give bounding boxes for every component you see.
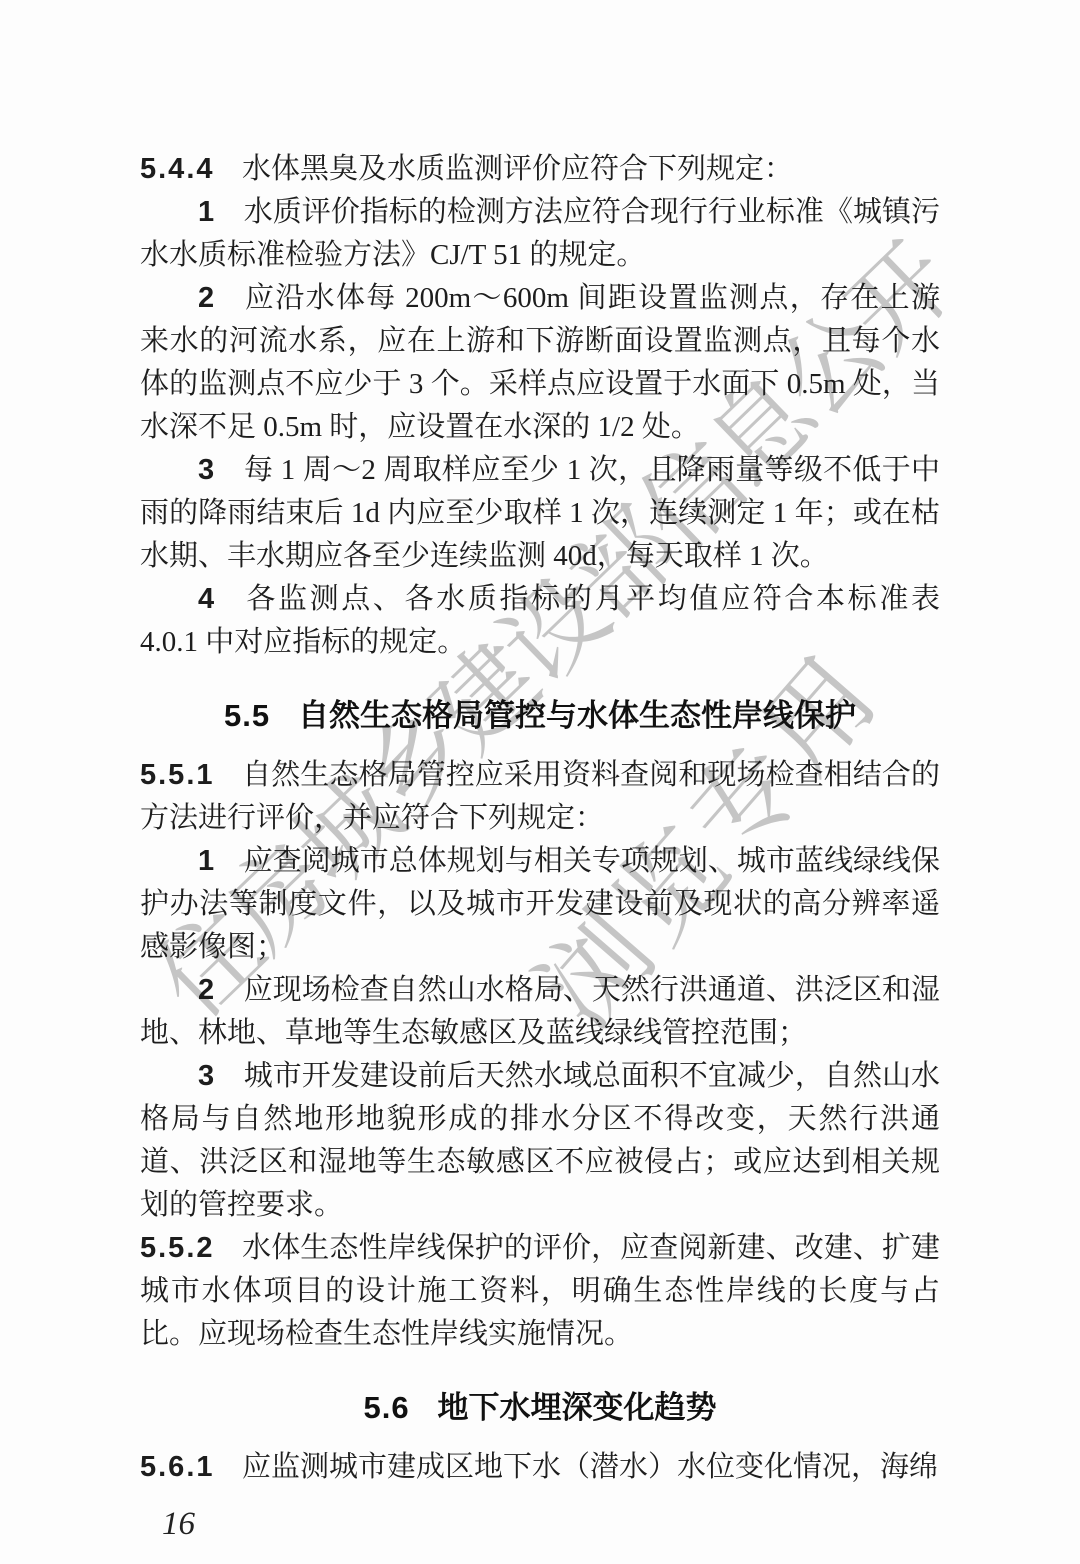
clause-number: 5.4.4 (140, 153, 215, 185)
item-text: 各监测点、各水质指标的月平均值应符合本标准表 4.0.1 中对应指标的规定。 (140, 583, 940, 658)
list-item-3: 3城市开发建设前后天然水域总面积不宜减少，自然山水格局与自然地形地貌形成的排水分… (140, 1055, 940, 1227)
item-number: 1 (198, 845, 216, 877)
list-item-2: 2应现场检查自然山水格局、天然行洪通道、洪泛区和湿地、林地、草地等生态敏感区及蓝… (140, 969, 940, 1055)
item-number: 3 (198, 454, 216, 486)
item-number: 4 (198, 583, 216, 615)
clause-number: 5.5.1 (140, 759, 215, 791)
clause-5-4-4: 5.4.4水体黑臭及水质监测评价应符合下列规定： (140, 148, 940, 191)
item-text: 应查阅城市总体规划与相关专项规划、城市蓝线绿线保护办法等制度文件，以及城市开发建… (140, 845, 940, 963)
item-number: 2 (198, 282, 216, 314)
list-item-1: 1水质评价指标的检测方法应符合现行行业标准《城镇污水水质标准检验方法》CJ/T … (140, 191, 940, 277)
item-text: 城市开发建设前后天然水域总面积不宜减少，自然山水格局与自然地形地貌形成的排水分区… (140, 1060, 940, 1221)
item-text: 应沿水体每 200m～600m 间距设置监测点，存在上游来水的河流水系，应在上游… (140, 282, 940, 443)
section-heading-5-6: 5.6地下水埋深变化趋势 (140, 1386, 940, 1429)
clause-number: 5.5.2 (140, 1232, 215, 1264)
page-number: 16 (140, 1503, 940, 1546)
list-item-1: 1应查阅城市总体规划与相关专项规划、城市蓝线绿线保护办法等制度文件，以及城市开发… (140, 840, 940, 969)
section-number: 5.5 (224, 698, 270, 733)
list-item-4: 4各监测点、各水质指标的月平均值应符合本标准表 4.0.1 中对应指标的规定。 (140, 578, 940, 664)
section-title: 自然生态格局管控与水体生态性岸线保护 (298, 698, 856, 733)
clause-text: 应监测城市建成区地下水（潜水）水位变化情况，海绵 (242, 1451, 938, 1483)
document-page: 住房城乡建设部信息公开 浏览专用 5.4.4水体黑臭及水质监测评价应符合下列规定… (0, 0, 1080, 1564)
item-number: 1 (198, 196, 216, 228)
clause-number: 5.6.1 (140, 1451, 215, 1483)
clause-5-5-1: 5.5.1自然生态格局管控应采用资料查阅和现场检查相结合的方法进行评价，并应符合… (140, 754, 940, 840)
clause-5-5-2: 5.5.2水体生态性岸线保护的评价，应查阅新建、改建、扩建城市水体项目的设计施工… (140, 1227, 940, 1356)
section-number: 5.6 (364, 1390, 410, 1425)
item-text: 应现场检查自然山水格局、天然行洪通道、洪泛区和湿地、林地、草地等生态敏感区及蓝线… (140, 974, 940, 1049)
item-text: 每 1 周～2 周取样应至少 1 次，且降雨量等级不低于中雨的降雨结束后 1d … (140, 454, 940, 572)
page-content: 5.4.4水体黑臭及水质监测评价应符合下列规定： 1水质评价指标的检测方法应符合… (140, 148, 940, 1546)
list-item-3: 3每 1 周～2 周取样应至少 1 次，且降雨量等级不低于中雨的降雨结束后 1d… (140, 449, 940, 578)
section-heading-5-5: 5.5自然生态格局管控与水体生态性岸线保护 (140, 694, 940, 737)
item-text: 水质评价指标的检测方法应符合现行行业标准《城镇污水水质标准检验方法》CJ/T 5… (140, 196, 940, 271)
clause-5-6-1: 5.6.1应监测城市建成区地下水（潜水）水位变化情况，海绵 (140, 1446, 940, 1489)
section-title: 地下水埋深变化趋势 (438, 1390, 717, 1425)
item-number: 3 (198, 1060, 216, 1092)
clause-text: 自然生态格局管控应采用资料查阅和现场检查相结合的方法进行评价，并应符合下列规定： (140, 759, 940, 834)
clause-text: 水体生态性岸线保护的评价，应查阅新建、改建、扩建城市水体项目的设计施工资料，明确… (140, 1232, 940, 1350)
clause-text: 水体黑臭及水质监测评价应符合下列规定： (242, 153, 793, 185)
item-number: 2 (198, 974, 216, 1006)
list-item-2: 2应沿水体每 200m～600m 间距设置监测点，存在上游来水的河流水系，应在上… (140, 277, 940, 449)
